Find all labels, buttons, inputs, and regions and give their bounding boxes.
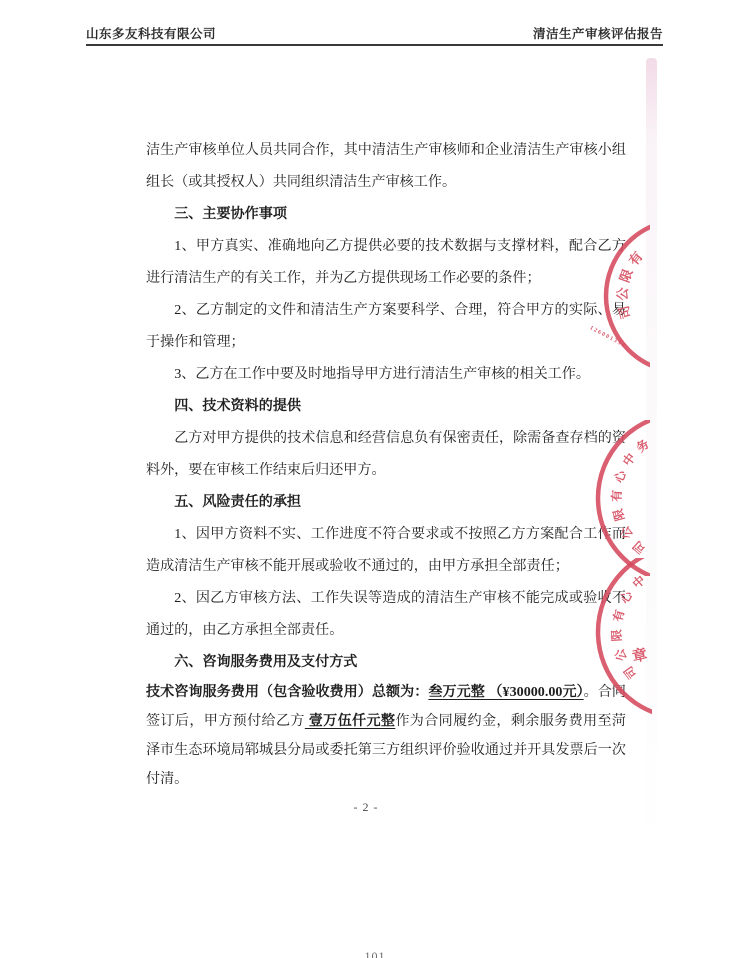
page-number: - 2 - bbox=[146, 800, 586, 815]
section-heading-6: 六、咨询服务费用及支付方式 bbox=[146, 646, 626, 678]
section-heading-5: 五、风险责任的承担 bbox=[146, 486, 626, 518]
report-title: 清洁生产审核评估报告 bbox=[533, 24, 663, 42]
paragraph-3-2: 2、乙方制定的文件和清洁生产方案要科学、合理，符合甲方的实际、易于操作和管理； bbox=[146, 294, 626, 358]
paragraph-carryover: 洁生产审核单位人员共同合作，其中清洁生产审核师和企业清洁生产审核小组组长（或其授… bbox=[146, 134, 626, 198]
page-header: 山东多友科技有限公司 清洁生产审核评估报告 bbox=[86, 20, 663, 42]
fee-amount: 叁万元整 （¥30000.00元） bbox=[428, 684, 583, 700]
paragraph-4-1: 乙方对甲方提供的技术信息和经营信息负有保密责任，除需备查存档的资料外，要在审核工… bbox=[146, 422, 626, 486]
section-heading-4: 四、技术资料的提供 bbox=[146, 390, 626, 422]
document-page: 山东多友科技有限公司 清洁生产审核评估报告 洁生产审核单位人员共同合作，其中清洁… bbox=[0, 0, 750, 958]
paragraph-3-1: 1、甲方真实、准确地向乙方提供必要的技术数据与支撑材料，配合乙方进行清洁生产的有… bbox=[146, 230, 626, 294]
paragraph-5-2: 2、因乙方审核方法、工作失误等造成的清洁生产审核不能完成或验收不通过的，由乙方承… bbox=[146, 582, 626, 646]
header-rule bbox=[86, 44, 663, 46]
stamp-ring-char: 有 bbox=[626, 249, 646, 269]
company-name: 山东多友科技有限公司 bbox=[86, 24, 216, 42]
fee-paragraph: 技术咨询服务费用（包含验收费用）总额为：叁万元整 （¥30000.00元）。合同… bbox=[146, 678, 626, 794]
body-text: 洁生产审核单位人员共同合作，其中清洁生产审核师和企业清洁生产审核小组组长（或其授… bbox=[146, 134, 626, 794]
fee-lead: 技术咨询服务费用（包含验收费用）总额为： bbox=[146, 684, 428, 700]
sheet-number: 101 bbox=[0, 949, 750, 958]
paragraph-3-3: 3、乙方在工作中要及时地指导甲方进行清洁生产审核的相关工作。 bbox=[146, 358, 626, 390]
section-heading-3: 三、主要协作事项 bbox=[146, 198, 626, 230]
scan-fold-shadow bbox=[646, 58, 657, 850]
fee-deposit: 壹万伍仟元整 bbox=[305, 713, 396, 729]
paragraph-5-1: 1、因甲方资料不实、工作进度不符合要求或不按照乙方方案配合工作而造成清洁生产审核… bbox=[146, 518, 626, 582]
